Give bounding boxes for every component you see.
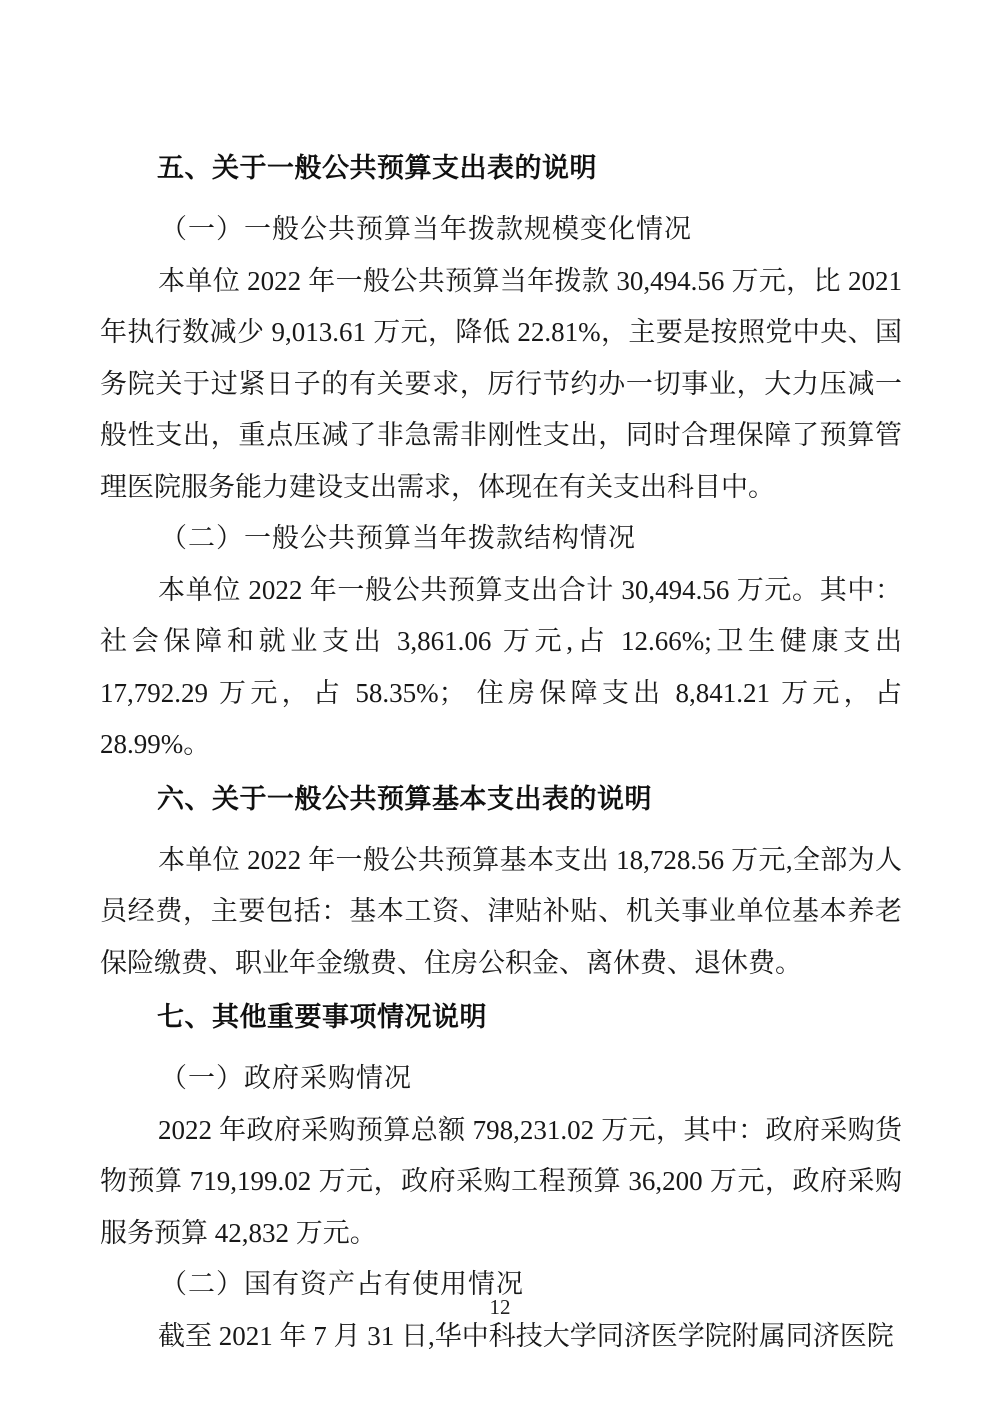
- subsection-heading-5-2: （二）一般公共预算当年拨款结构情况: [100, 513, 902, 565]
- paragraph-government-procurement: 2022 年政府采购预算总额 798,231.02 万元，其中：政府采购货物预算…: [100, 1105, 902, 1260]
- paragraph-allocation-scale: 本单位 2022 年一般公共预算当年拨款 30,494.56 万元，比 2021…: [100, 256, 902, 514]
- page-number: 12: [0, 1295, 1000, 1320]
- section-heading-6: 六、关于一般公共预算基本支出表的说明: [100, 779, 902, 819]
- subsection-heading-7-1: （一）政府采购情况: [100, 1053, 902, 1105]
- section-heading-5: 五、关于一般公共预算支出表的说明: [100, 148, 902, 188]
- document-page: 五、关于一般公共预算支出表的说明 （一）一般公共预算当年拨款规模变化情况 本单位…: [0, 0, 1000, 1414]
- paragraph-allocation-structure: 本单位 2022 年一般公共预算支出合计 30,494.56 万元。其中：社会保…: [100, 565, 902, 771]
- subsection-heading-5-1: （一）一般公共预算当年拨款规模变化情况: [100, 204, 902, 256]
- section-heading-7: 七、其他重要事项情况说明: [100, 997, 902, 1037]
- document-body: 五、关于一般公共预算支出表的说明 （一）一般公共预算当年拨款规模变化情况 本单位…: [100, 148, 902, 1362]
- paragraph-basic-expenditure: 本单位 2022 年一般公共预算基本支出 18,728.56 万元,全部为人员经…: [100, 835, 902, 990]
